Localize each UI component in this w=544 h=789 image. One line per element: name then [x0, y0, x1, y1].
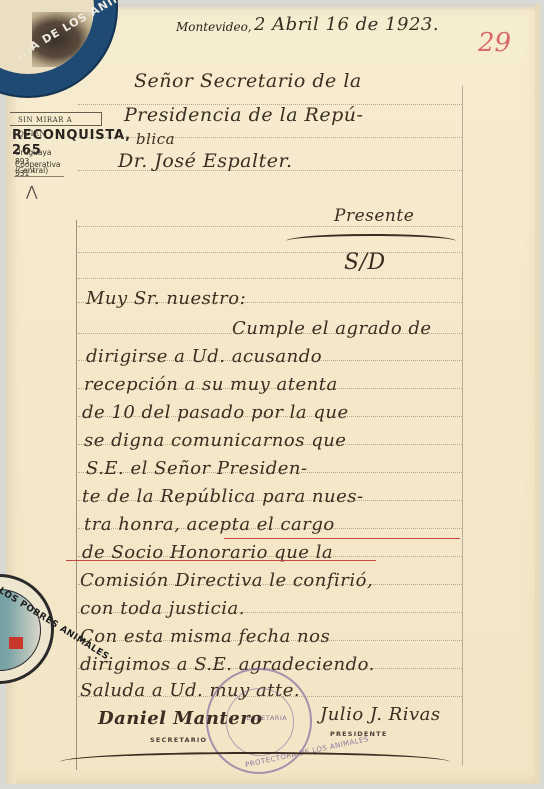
body-line: tra honra, acepta el cargo: [84, 514, 335, 535]
addressee-line-1: Señor Secretario de la: [134, 70, 362, 92]
label-presidente: PRESIDENTE: [330, 730, 387, 738]
body-line: Con esta misma fecha nos: [80, 626, 330, 647]
addressee-name: Dr. José Espalter.: [118, 150, 293, 172]
body-line: con toda justicia.: [80, 598, 245, 619]
signature-presidente: Julio J. Rivas: [320, 704, 441, 725]
salutation: Muy Sr. nuestro:: [86, 288, 246, 309]
body-line: se digna comunicarnos que: [84, 430, 346, 451]
fork-emblem-icon: ⋀: [26, 184, 37, 200]
body-line: recepción a su muy atenta: [84, 374, 338, 395]
flourish: [286, 234, 456, 248]
left-margin-rule: [76, 220, 77, 770]
presente: Presente: [334, 206, 414, 226]
signature-flourish: [60, 752, 450, 772]
body-line: Comisión Directiva le confirió,: [80, 570, 373, 591]
addressee-line-3: blica: [136, 130, 175, 148]
page-number-annotation: 29: [478, 28, 511, 58]
date-handwritten: 2 Abril 16 de 1923.: [254, 14, 439, 35]
right-margin-rule: [462, 86, 463, 766]
body-line: Cumple el agrado de: [232, 318, 432, 339]
letterhead-divider: [14, 176, 64, 177]
page-right-edge: [535, 4, 540, 784]
body-line: te de la República para nues-: [82, 486, 364, 507]
red-underline: [224, 538, 460, 539]
body-line: dirigimos a S.E. agradeciendo.: [80, 654, 375, 675]
body-line: dirigirse a Ud. acusando: [86, 346, 322, 367]
label-secretario: SECRETARIO: [150, 736, 207, 744]
ruled-line: [78, 252, 462, 253]
body-line: de 10 del pasado por la que: [82, 402, 349, 423]
motto: SIN MIRAR A QUIEN: [10, 112, 102, 126]
ruled-line: [78, 226, 462, 227]
sd: S/D: [344, 250, 386, 275]
signature-secretario: Daniel Mantero: [98, 708, 263, 729]
city-printed: Montevideo,: [176, 20, 252, 34]
seal-red-flag-icon: [9, 637, 23, 649]
ruled-line: [78, 278, 462, 279]
red-underline: [66, 560, 376, 561]
addressee-line-2: Presidencia de la Repú-: [124, 104, 363, 126]
body-line: S.E. el Señor Presiden-: [86, 458, 308, 479]
